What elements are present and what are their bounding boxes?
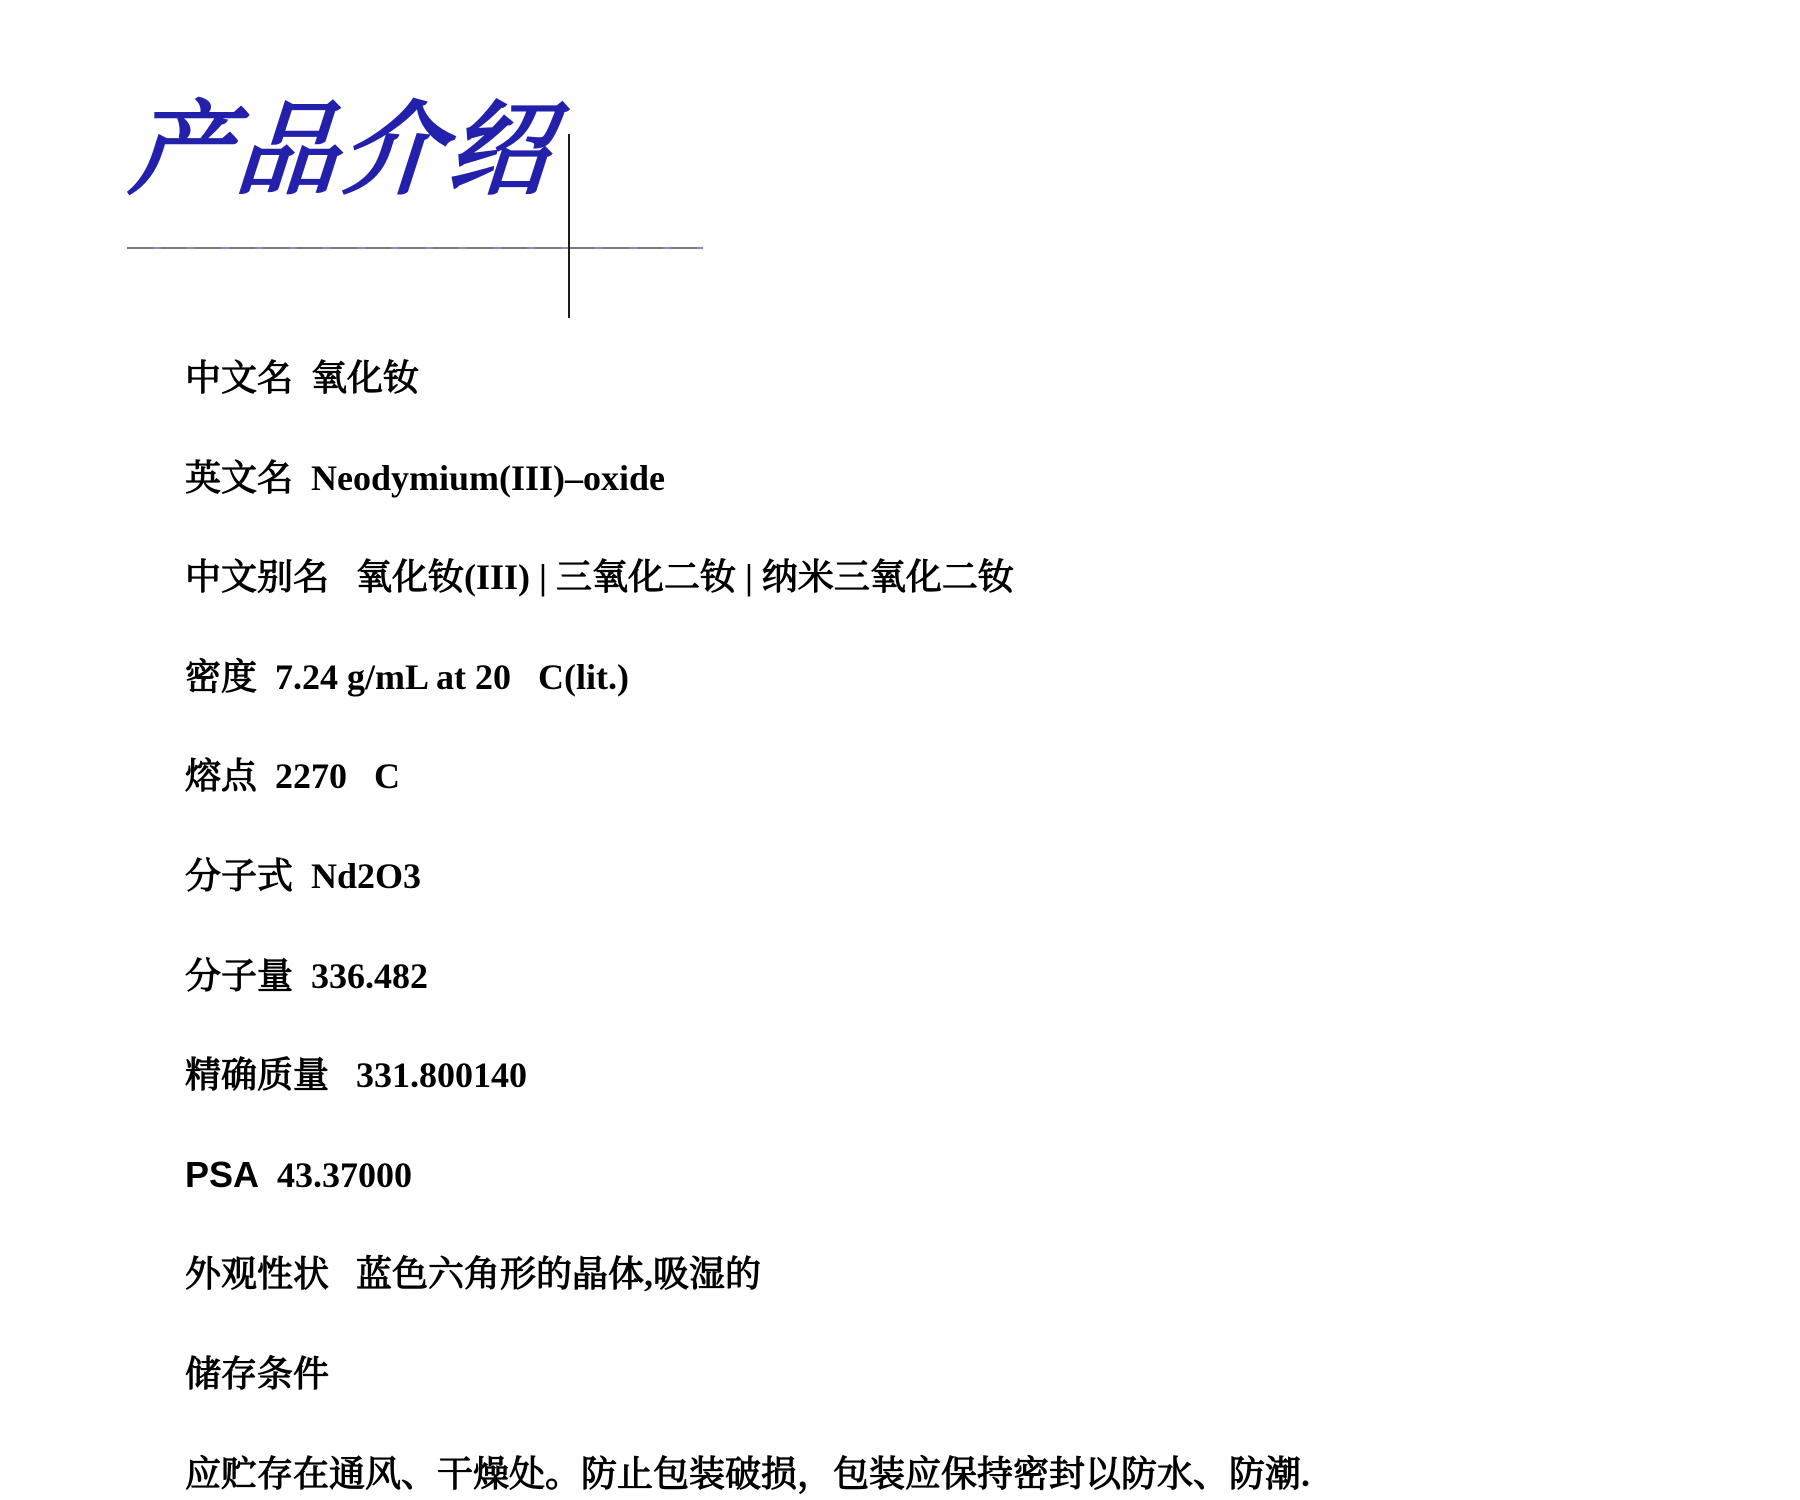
property-label: PSA — [185, 1154, 259, 1195]
property-label: 中文名 — [185, 357, 293, 398]
property-row-storage-conditions: 储存条件 — [145, 1308, 1705, 1408]
property-label: 英文名 — [185, 457, 293, 498]
property-row-english-name: 英文名Neodymium(III)–oxide — [145, 412, 1705, 512]
property-label: 密度 — [185, 656, 257, 697]
property-value: 应贮存在通风、干燥处。防止包装破损，包装应保持密封以防水、防潮. — [185, 1454, 1310, 1494]
property-row-psa: PSA43.37000 — [145, 1109, 1705, 1209]
property-row-storage-note: 应贮存在通风、干燥处。防止包装破损，包装应保持密封以防水、防潮. — [145, 1408, 1705, 1500]
property-row-molecular-weight: 分子量336.482 — [145, 910, 1705, 1010]
property-label: 分子量 — [185, 955, 293, 996]
property-value: Neodymium(III)–oxide — [311, 458, 665, 498]
property-value: 2270 C — [275, 756, 400, 796]
property-list: 中文名氧化钕 英文名Neodymium(III)–oxide 中文别名 氧化钕(… — [145, 312, 1705, 1500]
property-row-chinese-alias: 中文别名 氧化钕(III) | 三氧化二钕 | 纳米三氧化二钕 — [145, 511, 1705, 611]
property-value: 336.482 — [311, 956, 428, 996]
property-value: 43.37000 — [277, 1155, 412, 1195]
property-label: 中文别名 — [185, 556, 329, 597]
property-row-exact-mass: 精确质量 331.800140 — [145, 1009, 1705, 1109]
property-row-appearance: 外观性状 蓝色六角形的晶体,吸湿的 — [145, 1208, 1705, 1308]
property-row-density: 密度7.24 g/mL at 20 C(lit.) — [145, 611, 1705, 711]
property-label: 外观性状 — [185, 1253, 329, 1294]
property-value: 氧化钕(III) | 三氧化二钕 | 纳米三氧化二钕 — [347, 557, 1014, 597]
property-row-melting-point: 熔点2270 C — [145, 710, 1705, 810]
property-value: 331.800140 — [347, 1055, 527, 1095]
property-row-molecular-formula: 分子式Nd2O3 — [145, 810, 1705, 910]
title-section: 产品介绍 — [0, 0, 1800, 330]
property-value: Nd2O3 — [311, 856, 421, 896]
page-title: 产品介绍 — [126, 96, 558, 208]
property-label: 精确质量 — [185, 1054, 329, 1095]
title-vertical-rule — [568, 134, 570, 318]
property-row-chinese-name: 中文名氧化钕 — [145, 312, 1705, 412]
property-value: 7.24 g/mL at 20 C(lit.) — [275, 657, 629, 697]
property-label: 熔点 — [185, 755, 257, 796]
property-label: 分子式 — [185, 855, 293, 896]
title-underline — [127, 247, 703, 249]
property-value: 蓝色六角形的晶体,吸湿的 — [347, 1254, 761, 1294]
property-value: 氧化钕 — [311, 358, 419, 398]
property-label: 储存条件 — [185, 1353, 329, 1394]
